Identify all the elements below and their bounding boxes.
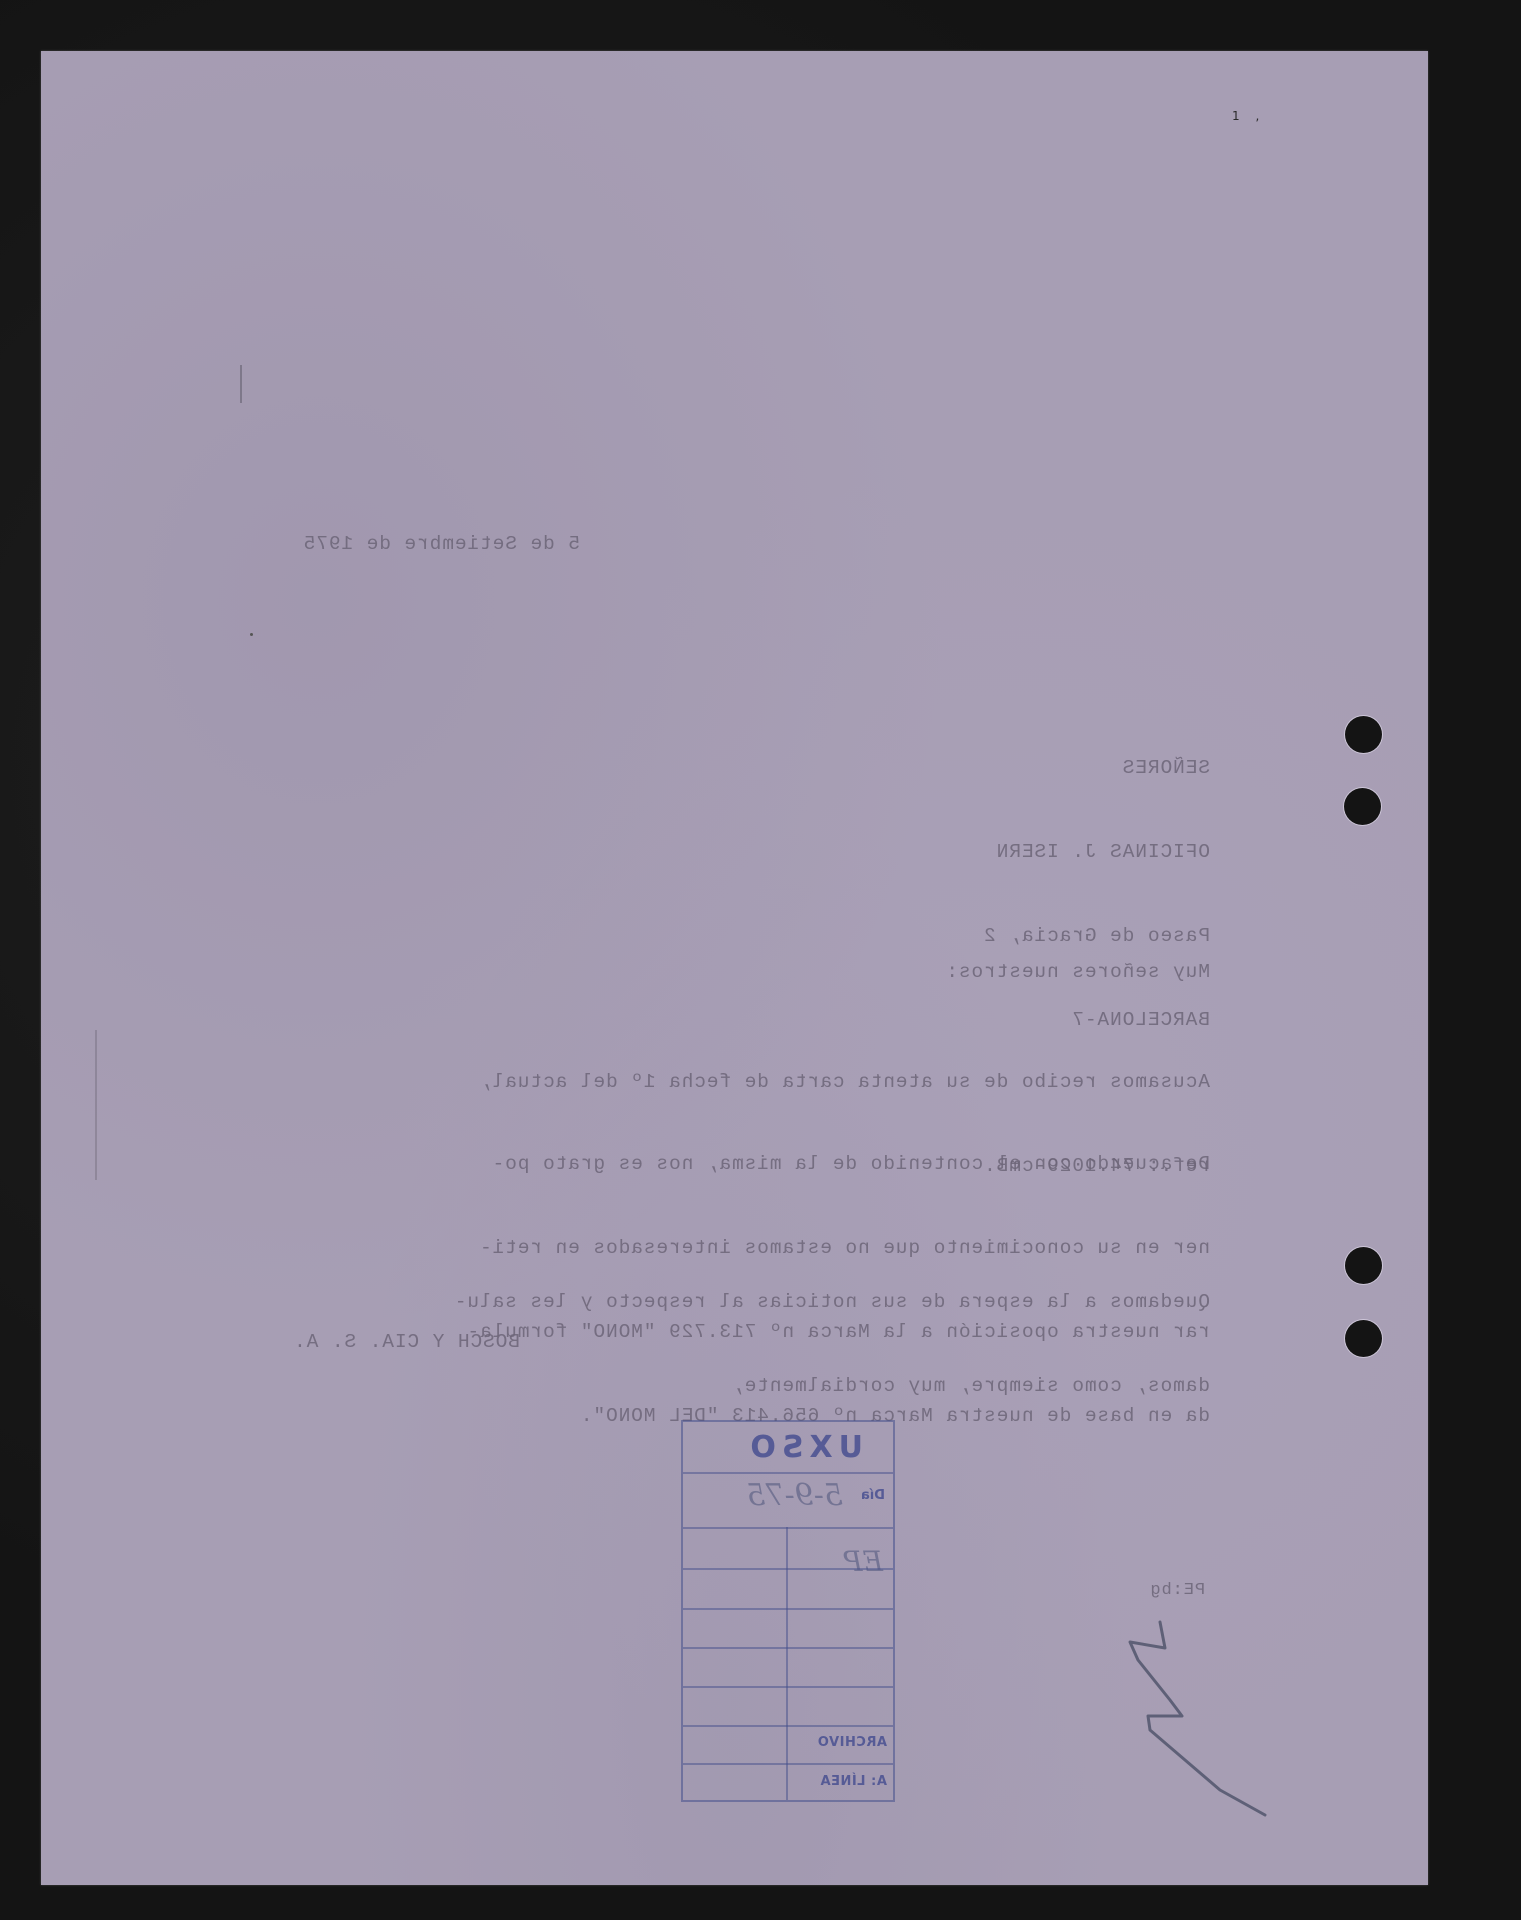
stamp-label-linea: A: LÍNEA [820,1774,887,1789]
handwritten-signature [1120,1620,1320,1830]
address-line: OFICINAS J. ISERN [983,838,1210,866]
punch-hole [1345,1320,1382,1357]
stamp-rule [683,1647,893,1649]
typist-initials: PE:bg [1149,1577,1205,1605]
address-line: SEÑORES [983,754,1210,782]
body-line: Acusamos recibo de su atenta carta de fe… [479,1068,1210,1096]
stamp-rule [683,1725,893,1727]
stamp-rule [683,1568,893,1570]
body-line: damos, como siempre, muy cordialmente, [454,1372,1210,1400]
stamp-label-archivo: ARCHIVO [817,1735,887,1750]
address-line: Paseo de Gracia, 2 [983,922,1210,950]
stamp-rule [683,1686,893,1688]
stamp-rule [683,1608,893,1610]
body-line: De acuerdo con el contenido de la misma,… [466,1150,1210,1178]
punch-hole [1344,788,1381,825]
stamp-rule [683,1472,893,1474]
stamp-day-label: Día [861,1488,885,1503]
company-signature-line: BOSCH Y CIA. S. A. [293,1328,520,1356]
salutation: Muy señores nuestros: [945,958,1210,986]
letter-date: 5 de Setiembre de 1975 [303,530,580,558]
stamp-ref-handwritten: EP [844,1545,883,1578]
body-line: Quedamos a la espera de sus noticias al … [454,1288,1210,1316]
stamp-rule [683,1763,893,1765]
stamp-header: UXSO [744,1430,863,1465]
archive-stamp: UXSO Día 5-9-75 EP ARCHIVO A: LÍNEA [681,1420,895,1802]
stamp-day-handwritten: 5-9-75 [746,1478,843,1513]
punch-hole [1345,716,1382,753]
punch-hole [1345,1247,1382,1284]
stamp-rule [683,1527,893,1529]
